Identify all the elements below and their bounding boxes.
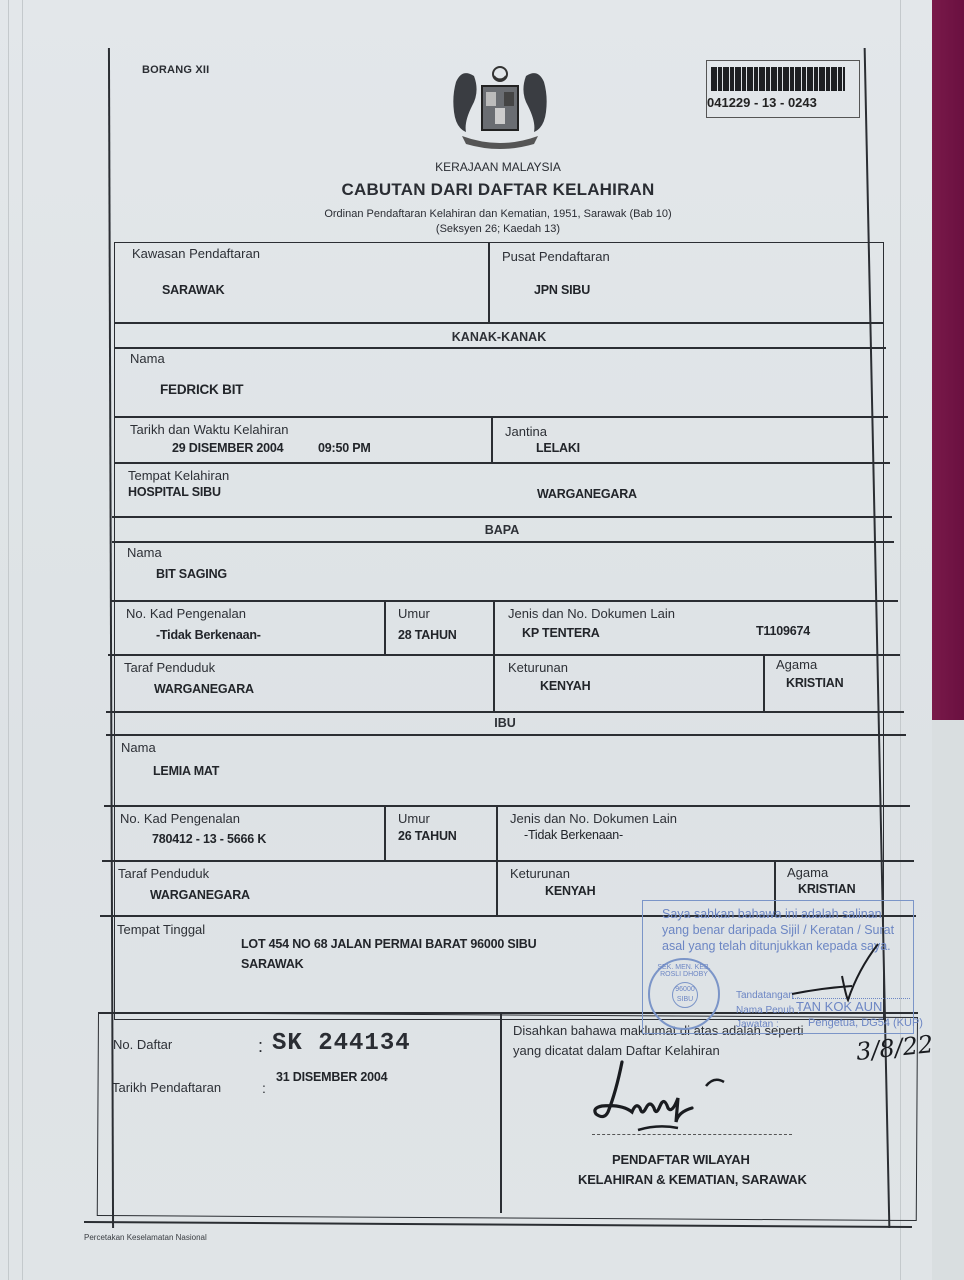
divider	[114, 347, 886, 349]
colon: :	[262, 1080, 266, 1096]
father-other-doc-number: T1109674	[756, 624, 810, 638]
father-age-label: Umur	[398, 606, 430, 621]
government-heading: KERAJAAN MALAYSIA	[0, 160, 964, 174]
father-age-value: 28 TAHUN	[398, 628, 457, 642]
seal-ring-text: SEK. MEN. KEB. ROSLI DHOBY	[650, 964, 718, 978]
stamp-line1: Saya sahkan bahawa ini adalah salinan	[662, 906, 882, 922]
mother-residency-label: Taraf Penduduk	[118, 866, 209, 881]
divider	[112, 516, 892, 518]
gender-value: LELAKI	[536, 441, 580, 455]
father-other-doc-label: Jenis dan No. Dokumen Lain	[508, 606, 675, 621]
register-number-label: No. Daftar	[113, 1037, 172, 1052]
background-surface-strip	[930, 0, 964, 720]
mother-religion-value: KRISTIAN	[798, 882, 855, 896]
divider	[108, 654, 900, 656]
document-title: CABUTAN DARI DAFTAR KELAHIRAN	[0, 180, 964, 200]
document-sheet: BORANG XII 041229 - 13 - 0243 KERAJAAN M…	[0, 0, 932, 1280]
register-footer-box	[97, 1012, 918, 1221]
reference-number: 041229 - 13 - 0243	[707, 95, 817, 110]
father-ethnicity-value: KENYAH	[540, 679, 590, 693]
mother-ethnicity-value: KENYAH	[545, 884, 595, 898]
divider	[114, 322, 884, 324]
divider	[112, 541, 894, 543]
divider	[102, 860, 914, 862]
child-citizenship-value: WARGANEGARA	[537, 487, 637, 501]
birth-datetime-label: Tarikh dan Waktu Kelahiran	[130, 422, 289, 437]
father-residency-label: Taraf Penduduk	[124, 660, 215, 675]
father-name-value: BIT SAGING	[156, 567, 227, 581]
register-date-label: Tarikh Pendaftaran	[112, 1080, 221, 1095]
father-ic-value: -Tidak Berkenaan-	[156, 628, 261, 642]
divider	[106, 711, 904, 713]
divider	[493, 601, 495, 713]
register-number-value: SK 244134	[272, 1030, 411, 1057]
mother-ethnicity-label: Keturunan	[510, 866, 570, 881]
father-other-doc-type: KP TENTERA	[522, 626, 600, 640]
registration-center-value: JPN SIBU	[534, 283, 590, 297]
seal-code: 96000	[673, 985, 697, 995]
divider	[488, 242, 490, 324]
divider	[104, 805, 910, 807]
child-name-label: Nama	[130, 351, 165, 366]
outer-frame-bottom	[84, 1221, 912, 1228]
divider	[114, 416, 888, 418]
mother-ic-value: 780412 - 13 - 5666 K	[152, 832, 266, 846]
divider	[106, 734, 906, 736]
seal-town: SIBU	[673, 995, 697, 1005]
child-name-value: FEDRICK BIT	[160, 382, 243, 397]
mother-age-value: 26 TAHUN	[398, 829, 457, 843]
registration-area-value: SARAWAK	[162, 283, 225, 297]
birth-date-value: 29 DISEMBER 2004	[172, 441, 283, 455]
divider	[384, 601, 386, 655]
seal-center: 96000 SIBU	[672, 982, 698, 1008]
birth-time-value: 09:50 PM	[318, 441, 371, 455]
mother-name-label: Nama	[121, 740, 156, 755]
divider	[384, 806, 386, 860]
certification-line2: yang dicatat dalam Daftar Kelahiran	[513, 1043, 720, 1058]
birthplace-label: Tempat Kelahiran	[128, 468, 229, 483]
stamp-position-label: Jawatan :	[736, 1017, 779, 1033]
register-date-value: 31 DISEMBER 2004	[276, 1070, 387, 1084]
section-father: BAPA	[112, 523, 892, 537]
divider	[110, 600, 898, 602]
section-mother: IBU	[106, 716, 904, 730]
section-child: KANAK-KANAK	[114, 330, 884, 344]
divider	[500, 1013, 502, 1213]
registration-area-label: Kawasan Pendaftaran	[132, 246, 260, 261]
printer-credit: Percetakan Keselamatan Nasional	[84, 1233, 207, 1242]
barcode-label: 041229 - 13 - 0243	[706, 60, 860, 118]
registrar-title-line2: KELAHIRAN & KEMATIAN, SARAWAK	[578, 1172, 807, 1187]
colon: :	[258, 1036, 263, 1057]
ordinance-reference: Ordinan Pendaftaran Kelahiran dan Kemati…	[0, 208, 964, 220]
mother-other-doc-value: -Tidak Berkenaan-	[524, 828, 623, 842]
divider	[114, 462, 890, 464]
father-residency-value: WARGANEGARA	[154, 682, 254, 696]
gender-label: Jantina	[505, 424, 547, 439]
mother-other-doc-label: Jenis dan No. Dokumen Lain	[510, 811, 677, 826]
mother-age-label: Umur	[398, 811, 430, 826]
father-ic-label: No. Kad Pengenalan	[126, 606, 246, 621]
birthplace-value: HOSPITAL SIBU	[128, 485, 221, 499]
certifier-signature-icon	[786, 936, 906, 1006]
address-line2: SARAWAK	[241, 957, 304, 971]
address-line1: LOT 454 NO 68 JALAN PERMAI BARAT 96000 S…	[241, 937, 536, 951]
signature-line	[592, 1134, 792, 1135]
barcode-icon	[711, 67, 845, 91]
mother-religion-label: Agama	[787, 865, 828, 880]
section-reference: (Seksyen 26; Kaedah 13)	[0, 223, 964, 235]
registrar-title-line1: PENDAFTAR WILAYAH	[612, 1152, 750, 1167]
address-label: Tempat Tinggal	[117, 922, 205, 937]
father-religion-value: KRISTIAN	[786, 676, 843, 690]
school-seal-icon: SEK. MEN. KEB. ROSLI DHOBY 96000 SIBU	[648, 958, 720, 1030]
stamp-position-value: Pengetua, DG54 (KUP)	[808, 1015, 923, 1031]
registration-center-label: Pusat Pendaftaran	[502, 249, 610, 264]
father-ethnicity-label: Keturunan	[508, 660, 568, 675]
mother-name-value: LEMIA MAT	[153, 764, 219, 778]
form-code: BORANG XII	[142, 64, 209, 76]
father-religion-label: Agama	[776, 657, 817, 672]
divider	[491, 417, 493, 463]
mother-residency-value: WARGANEGARA	[150, 888, 250, 902]
malaysia-coat-of-arms-icon	[440, 62, 560, 152]
divider	[763, 655, 765, 711]
mother-ic-label: No. Kad Pengenalan	[120, 811, 240, 826]
father-name-label: Nama	[127, 545, 162, 560]
